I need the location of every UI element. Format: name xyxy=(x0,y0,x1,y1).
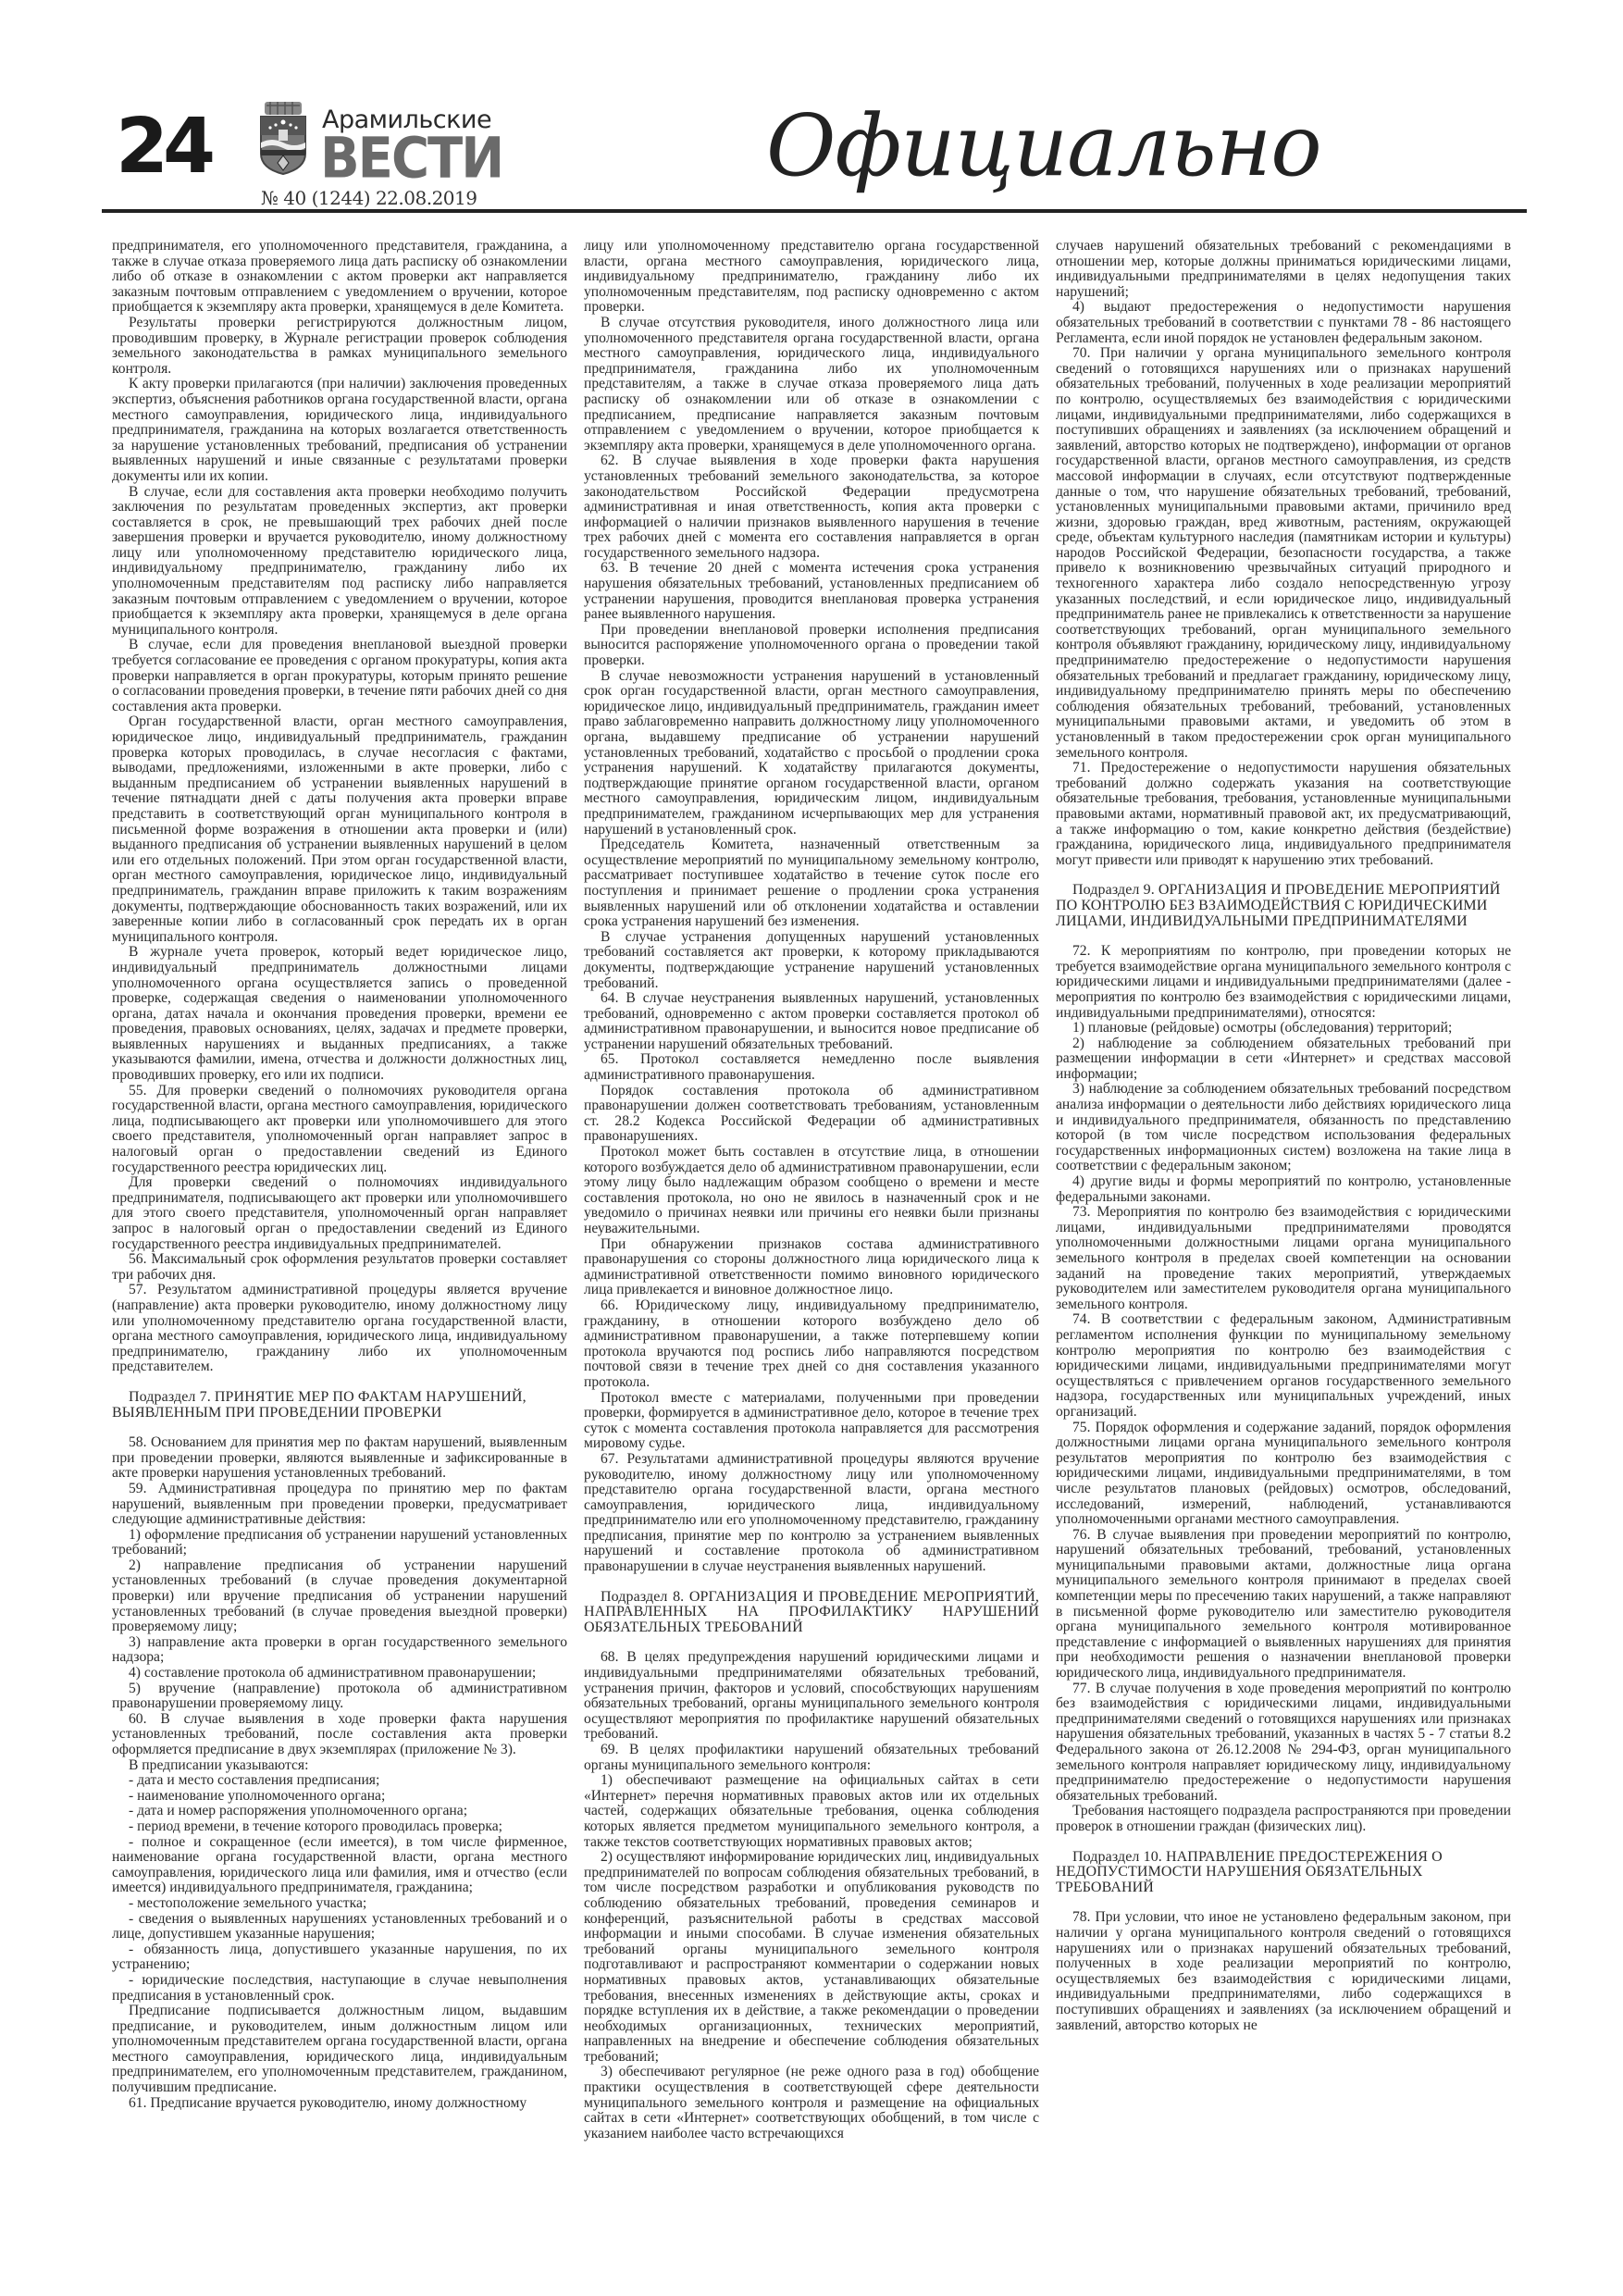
paragraph: Предписание подписывается должностным ли… xyxy=(112,2004,567,2096)
paragraph: - местоположение земельного участка; xyxy=(112,1896,567,1912)
page-number: 24 xyxy=(116,109,210,185)
paragraph: - полное и сокращенное (если имеется), в… xyxy=(112,1835,567,1896)
paragraph: 3) наблюдение за соблюдением обязательны… xyxy=(1056,1082,1511,1174)
paragraph: К акту проверки прилагаются (при наличии… xyxy=(112,377,567,484)
paragraph: 70. При наличии у органа муниципального … xyxy=(1056,346,1511,761)
paragraph: 73. Мероприятия по контролю без взаимоде… xyxy=(1056,1205,1511,1312)
subsection-heading: Подраздел 10. НАПРАВЛЕНИЕ ПРЕДОСТЕРЕЖЕНИ… xyxy=(1056,1850,1511,1896)
paragraph: Результаты проверки регистрируются должн… xyxy=(112,316,567,377)
paragraph: 2) направление предписания об устранении… xyxy=(112,1558,567,1635)
paragraph: лицу или уполномоченному представителю о… xyxy=(584,239,1039,316)
coat-of-arms-icon xyxy=(257,100,309,176)
issue-info: № 40 (1244) 22.08.2019 xyxy=(261,189,477,207)
paragraph: 72. К мероприятиям по контролю, при пров… xyxy=(1056,944,1511,1021)
paragraph: В случае невозможности устранения наруше… xyxy=(584,669,1039,838)
paragraph: - период времени, в течение которого про… xyxy=(112,1819,567,1835)
paragraph: случаев нарушений обязательных требовани… xyxy=(1056,239,1511,300)
paragraph: 63. В течение 20 дней с момента истечени… xyxy=(584,561,1039,622)
paragraph: 5) вручение (направление) протокола об а… xyxy=(112,1682,567,1712)
paragraph: Протокол может быть составлен в отсутств… xyxy=(584,1145,1039,1237)
paragraph: 69. В целях профилактики нарушений обяза… xyxy=(584,1743,1039,1773)
subsection-heading: Подраздел 8. ОРГАНИЗАЦИЯ И ПРОВЕДЕНИЕ МЕ… xyxy=(584,1590,1039,1636)
paragraph: 71. Предостережение о недопустимости нар… xyxy=(1056,761,1511,868)
paragraph: В случае, если для составления акта пров… xyxy=(112,485,567,639)
paragraph: 59. Административная процедура по принят… xyxy=(112,1482,567,1528)
paragraph: 1) оформление предписания об устранении … xyxy=(112,1528,567,1558)
paragraph: 60. В случае выявления в ходе проверки ф… xyxy=(112,1712,567,1758)
paragraph: 78. При условии, что иное не установлено… xyxy=(1056,1910,1511,2033)
paragraph: Порядок составления протокола об админис… xyxy=(584,1084,1039,1145)
paragraph: В случае, если для проведения внепланово… xyxy=(112,638,567,714)
paragraph: 65. Протокол составляется немедленно пос… xyxy=(584,1052,1039,1083)
paragraph: В случае отсутствия руководителя, иного … xyxy=(584,316,1039,453)
paragraph: В случае устранения допущенных нарушений… xyxy=(584,930,1039,991)
paragraph: 56. Максимальный срок оформления результ… xyxy=(112,1252,567,1283)
paragraph: 62. В случае выявления в ходе проверки ф… xyxy=(584,453,1039,561)
paragraph: В предписании указываются: xyxy=(112,1758,567,1774)
paragraph: 2) наблюдение за соблюдением обязательны… xyxy=(1056,1036,1511,1083)
brand-name-main: ВЕСТИ xyxy=(320,131,502,187)
paragraph: Орган государственной власти, орган мест… xyxy=(112,714,567,945)
column-2: лицу или уполномоченному представителю о… xyxy=(584,239,1039,2141)
paragraph: При проведении внеплановой проверки испо… xyxy=(584,623,1039,669)
paragraph: 4) другие виды и формы мероприятий по ко… xyxy=(1056,1174,1511,1205)
section-title: Официально xyxy=(766,104,1321,189)
subsection-heading: Подраздел 7. ПРИНЯТИЕ МЕР ПО ФАКТАМ НАРУ… xyxy=(112,1390,567,1421)
paragraph: 68. В целях предупреждения нарушений юри… xyxy=(584,1650,1039,1743)
paragraph: 57. Результатом административной процеду… xyxy=(112,1283,567,1375)
paragraph: В журнале учета проверок, который ведет … xyxy=(112,945,567,1083)
paragraph: - наименование уполномоченного органа; xyxy=(112,1789,567,1805)
paragraph: Для проверки сведений о полномочиях инди… xyxy=(112,1175,567,1252)
subsection-heading: Подраздел 9. ОРГАНИЗАЦИЯ И ПРОВЕДЕНИЕ МЕ… xyxy=(1056,883,1511,929)
paragraph: 74. В соответствии с федеральным законом… xyxy=(1056,1312,1511,1420)
paragraph: При обнаружении признаков состава админи… xyxy=(584,1237,1039,1298)
column-1: предпринимателя, его уполномоченного пре… xyxy=(112,239,567,2111)
paragraph: 1) плановые (рейдовые) осмотры (обследов… xyxy=(1056,1021,1511,1036)
paragraph: 64. В случае неустранения выявленных нар… xyxy=(584,991,1039,1052)
paragraph: Председатель Комитета, назначенный ответ… xyxy=(584,838,1039,930)
paragraph: 58. Основанием для принятия мер по факта… xyxy=(112,1435,567,1482)
paragraph: - обязанность лица, допустившего указанн… xyxy=(112,1942,567,1973)
paragraph: 55. Для проверки сведений о полномочиях … xyxy=(112,1084,567,1176)
paragraph: - дата и место составления предписания; xyxy=(112,1773,567,1789)
paragraph: 67. Результатами административной процед… xyxy=(584,1452,1039,1575)
paragraph: 77. В случае получения в ходе проведения… xyxy=(1056,1682,1511,1805)
paragraph: 4) выдают предостережения о недопустимос… xyxy=(1056,300,1511,346)
paragraph: - дата и номер распоряжения уполномоченн… xyxy=(112,1804,567,1819)
paragraph: - юридические последствия, наступающие в… xyxy=(112,1973,567,2004)
paragraph: 66. Юридическому лицу, индивидуальному п… xyxy=(584,1298,1039,1391)
paragraph: 75. Порядок оформления и содержание зада… xyxy=(1056,1421,1511,1528)
paragraph: Требования настоящего подраздела распрос… xyxy=(1056,1804,1511,1834)
paragraph: 76. В случае выявления при проведении ме… xyxy=(1056,1528,1511,1682)
paragraph: 4) составление протокола об администрати… xyxy=(112,1666,567,1682)
paragraph: 2) осуществляют информирование юридическ… xyxy=(584,1850,1039,2065)
paragraph: Протокол вместе с материалами, полученны… xyxy=(584,1391,1039,1452)
masthead: 24 Арамильские ВЕСТИ № 40 (1244) 22.08.2… xyxy=(102,93,1527,217)
column-3: случаев нарушений обязательных требовани… xyxy=(1056,239,1511,2033)
paragraph: предпринимателя, его уполномоченного пре… xyxy=(112,239,567,316)
paragraph: 61. Предписание вручается руководителю, … xyxy=(112,2096,567,2112)
paragraph: 3) обеспечивают регулярное (не реже одно… xyxy=(584,2065,1039,2141)
paragraph: 3) направление акта проверки в орган гос… xyxy=(112,1635,567,1666)
paragraph: 1) обеспечивают размещение на официальны… xyxy=(584,1773,1039,1850)
paragraph: - сведения о выявленных нарушениях устан… xyxy=(112,1912,567,1942)
header-divider xyxy=(102,209,1527,213)
